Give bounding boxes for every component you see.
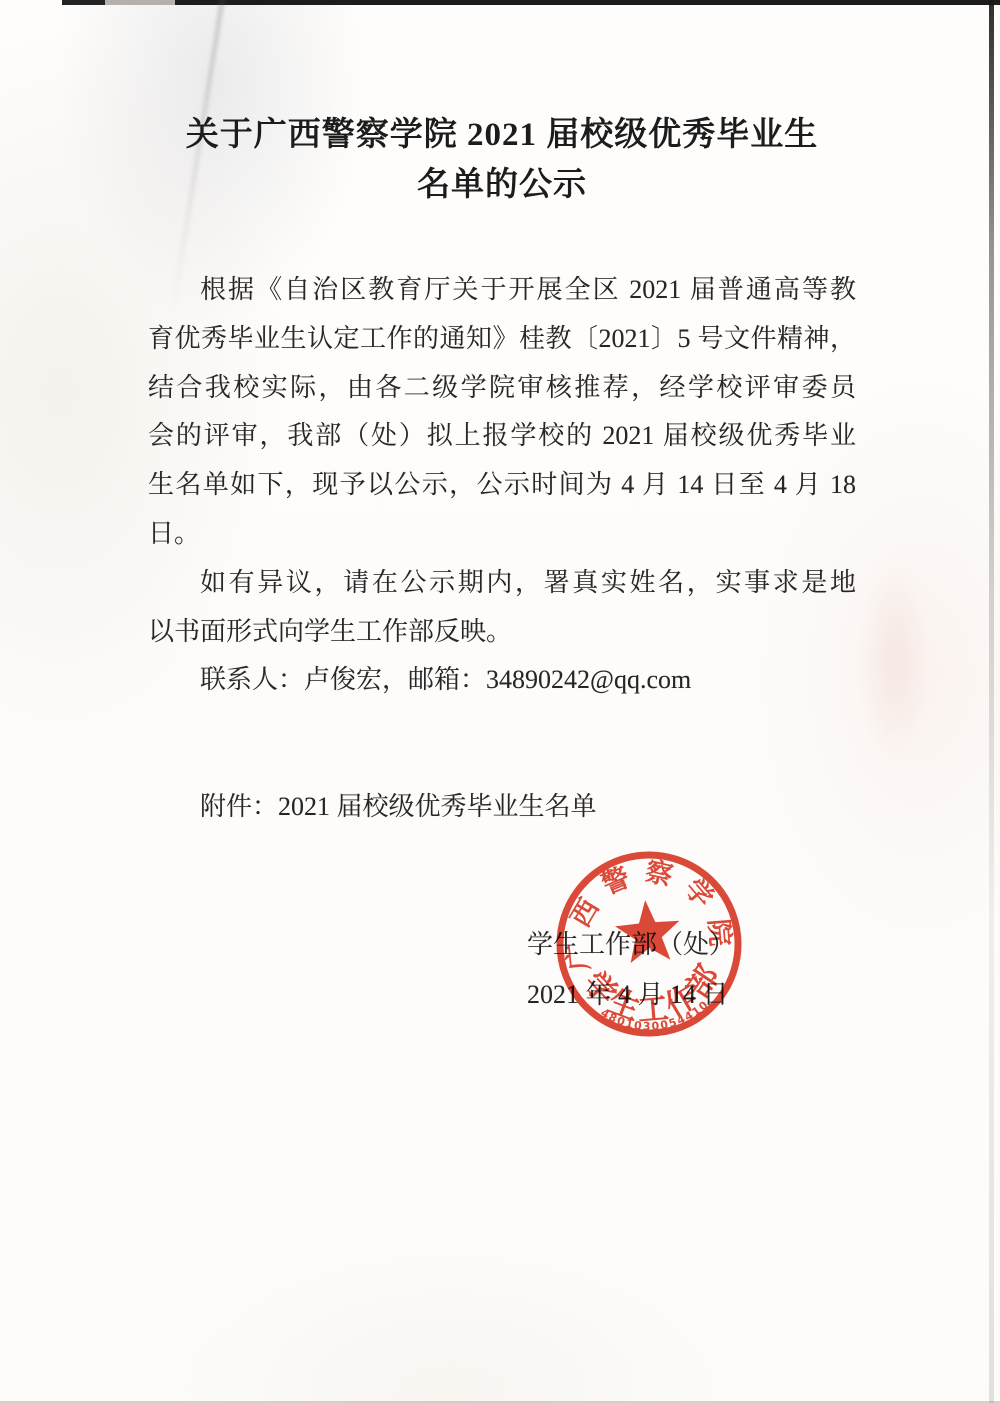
body-line-6: 日。 (148, 510, 856, 559)
body-line-4: 会的评审，我部（处）拟上报学校的 2021 届校级优秀毕业 (148, 412, 856, 461)
scanned-document-page: 关于广西警察学院 2021 届校级优秀毕业生 名单的公示 根据《自治区教育厅关于… (0, 0, 1000, 1403)
scan-smudge (860, 560, 930, 760)
body-line-2: 育优秀毕业生认定工作的通知》桂教〔2021〕5 号文件精神， (148, 315, 856, 364)
body-line-1: 根据《自治区教育厅关于开展全区 2021 届普通高等教 (148, 266, 856, 315)
scan-artifact-right-edge (989, 0, 994, 1403)
body-line-3: 结合我校实际，由各二级学院审核推荐，经学校评审委员 (148, 364, 856, 413)
official-seal-graphic: 广西警察学院 学生工作部 4801030054410 (543, 838, 755, 1050)
scan-artifact-top-edge (62, 0, 1000, 5)
seal-star-icon (613, 897, 683, 964)
body-line-8: 以书面形式向学生工作部反映。 (148, 608, 856, 657)
official-seal: 广西警察学院 学生工作部 4801030054410 (543, 838, 755, 1050)
body-line-7: 如有异议，请在公示期内，署真实姓名，实事求是地 (148, 559, 856, 608)
title-line-1: 关于广西警察学院 2021 届校级优秀毕业生 (148, 110, 856, 160)
attachment-line: 附件：2021 届校级优秀毕业生名单 (148, 782, 908, 831)
document-title: 关于广西警察学院 2021 届校级优秀毕业生 名单的公示 (148, 110, 856, 210)
title-line-2: 名单的公示 (148, 160, 856, 210)
contact-line: 联系人：卢俊宏，邮箱：34890242@qq.com (148, 656, 856, 705)
document-body: 根据《自治区教育厅关于开展全区 2021 届普通高等教 育优秀毕业生认定工作的通… (148, 266, 856, 705)
body-line-5: 生名单如下，现予以公示，公示时间为 4 月 14 日至 4 月 18 (148, 461, 856, 510)
